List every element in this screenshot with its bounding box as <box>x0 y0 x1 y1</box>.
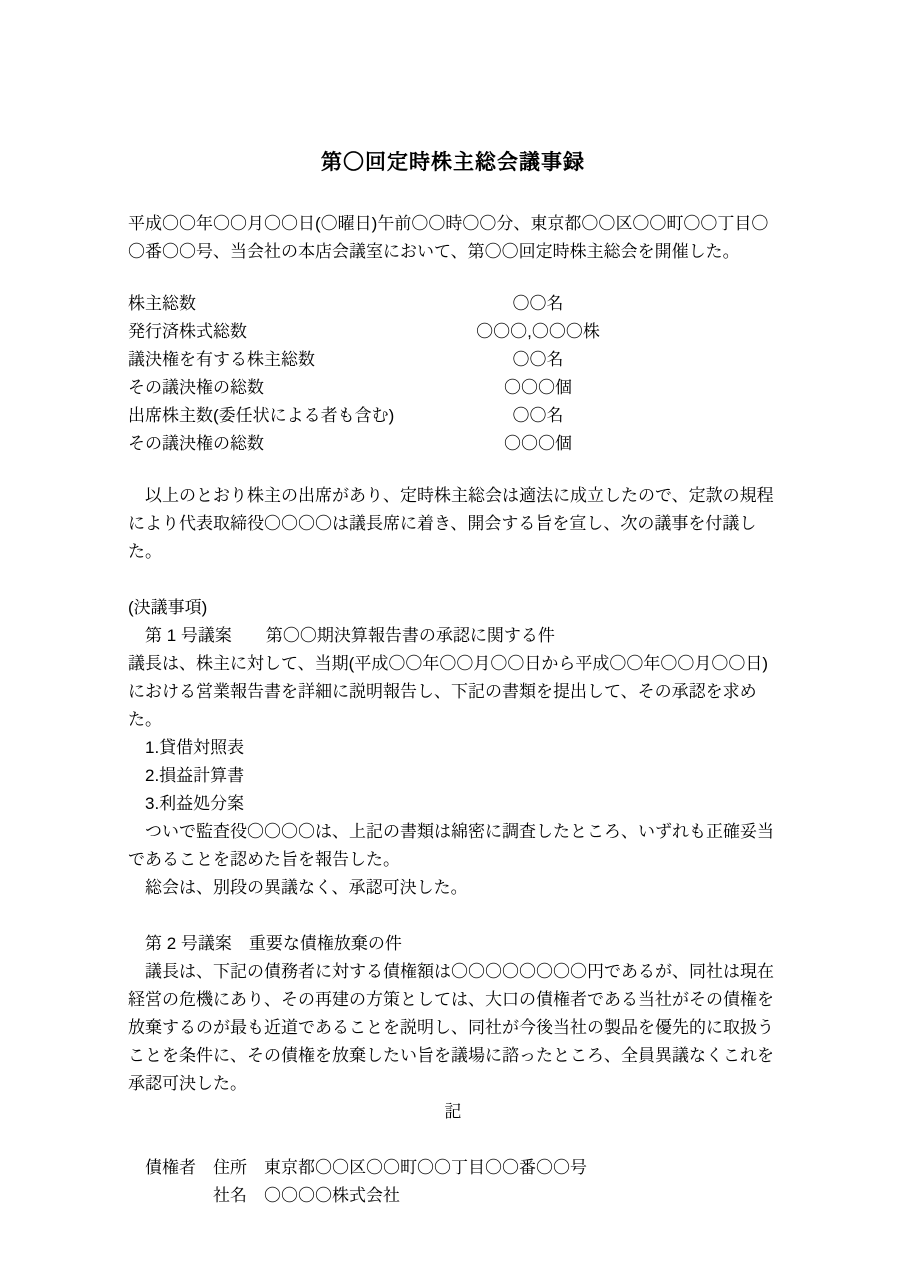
table-row: 議決権を有する株主総数 〇〇名 <box>128 346 778 374</box>
note-mark: 記 <box>128 1098 778 1126</box>
attendance-value: 〇〇〇個 <box>413 430 663 458</box>
table-row: 株主総数 〇〇名 <box>128 290 778 318</box>
table-row: その議決権の総数 〇〇〇個 <box>128 374 778 402</box>
intro-paragraph: 平成〇〇年〇〇月〇〇日(〇曜日)午前〇〇時〇〇分、東京都〇〇区〇〇町〇〇丁目〇〇… <box>128 210 778 266</box>
creditor-address-line: 債権者 住所 東京都〇〇区〇〇町〇〇丁目〇〇番〇〇号 <box>128 1154 778 1182</box>
proposal1-item-2: 2.損益計算書 <box>128 762 778 790</box>
attendance-table: 株主総数 〇〇名 発行済株式総数 〇〇〇,〇〇〇株 議決権を有する株主総数 〇〇… <box>128 290 778 458</box>
spacer <box>663 402 778 430</box>
creditor-company-line: 社名 〇〇〇〇株式会社 <box>128 1182 778 1210</box>
attendance-label: その議決権の総数 <box>128 430 413 458</box>
spacer <box>663 374 778 402</box>
document-title: 第〇回定時株主総会議事録 <box>128 148 778 178</box>
spacer <box>663 346 778 374</box>
spacer <box>663 318 778 346</box>
resolutions-header: (決議事項) <box>128 594 778 622</box>
attendance-value: 〇〇〇個 <box>413 374 663 402</box>
proposal1-item-3: 3.利益処分案 <box>128 790 778 818</box>
table-row: その議決権の総数 〇〇〇個 <box>128 430 778 458</box>
proposal2-body: 議長は、下記の債務者に対する債権額は〇〇〇〇〇〇〇〇円であるが、同社は現在経営の… <box>128 958 778 1098</box>
proposal1-item-1: 1.貸借対照表 <box>128 734 778 762</box>
spacer <box>663 290 778 318</box>
attendance-label: その議決権の総数 <box>128 374 413 402</box>
attendance-value: 〇〇名 <box>413 402 663 430</box>
table-row: 出席株主数(委任状による者も含む) 〇〇名 <box>128 402 778 430</box>
proposal1-heading: 第 1 号議案 第〇〇期決算報告書の承認に関する件 <box>128 622 778 650</box>
proposal2-heading: 第 2 号議案 重要な債権放棄の件 <box>128 930 778 958</box>
attendance-label: 出席株主数(委任状による者も含む) <box>128 402 413 430</box>
attendance-label: 議決権を有する株主総数 <box>128 346 413 374</box>
proposal1-audit-paragraph: ついで監査役〇〇〇〇は、上記の書類は綿密に調査したところ、いずれも正確妥当である… <box>128 818 778 874</box>
spacer <box>663 430 778 458</box>
attendance-label: 発行済株式総数 <box>128 318 413 346</box>
attendance-value: 〇〇〇,〇〇〇株 <box>413 318 663 346</box>
table-row: 発行済株式総数 〇〇〇,〇〇〇株 <box>128 318 778 346</box>
proposal1-body: 議長は、株主に対して、当期(平成〇〇年〇〇月〇〇日から平成〇〇年〇〇月〇〇日)に… <box>128 650 778 734</box>
minutes-document-page: 第〇回定時株主総会議事録 平成〇〇年〇〇月〇〇日(〇曜日)午前〇〇時〇〇分、東京… <box>0 0 905 1280</box>
proposal1-result: 総会は、別段の異議なく、承認可決した。 <box>128 874 778 902</box>
opening-paragraph: 以上のとおり株主の出席があり、定時株主総会は適法に成立したので、定款の規程により… <box>128 482 778 566</box>
attendance-label: 株主総数 <box>128 290 413 318</box>
attendance-value: 〇〇名 <box>413 346 663 374</box>
attendance-value: 〇〇名 <box>413 290 663 318</box>
